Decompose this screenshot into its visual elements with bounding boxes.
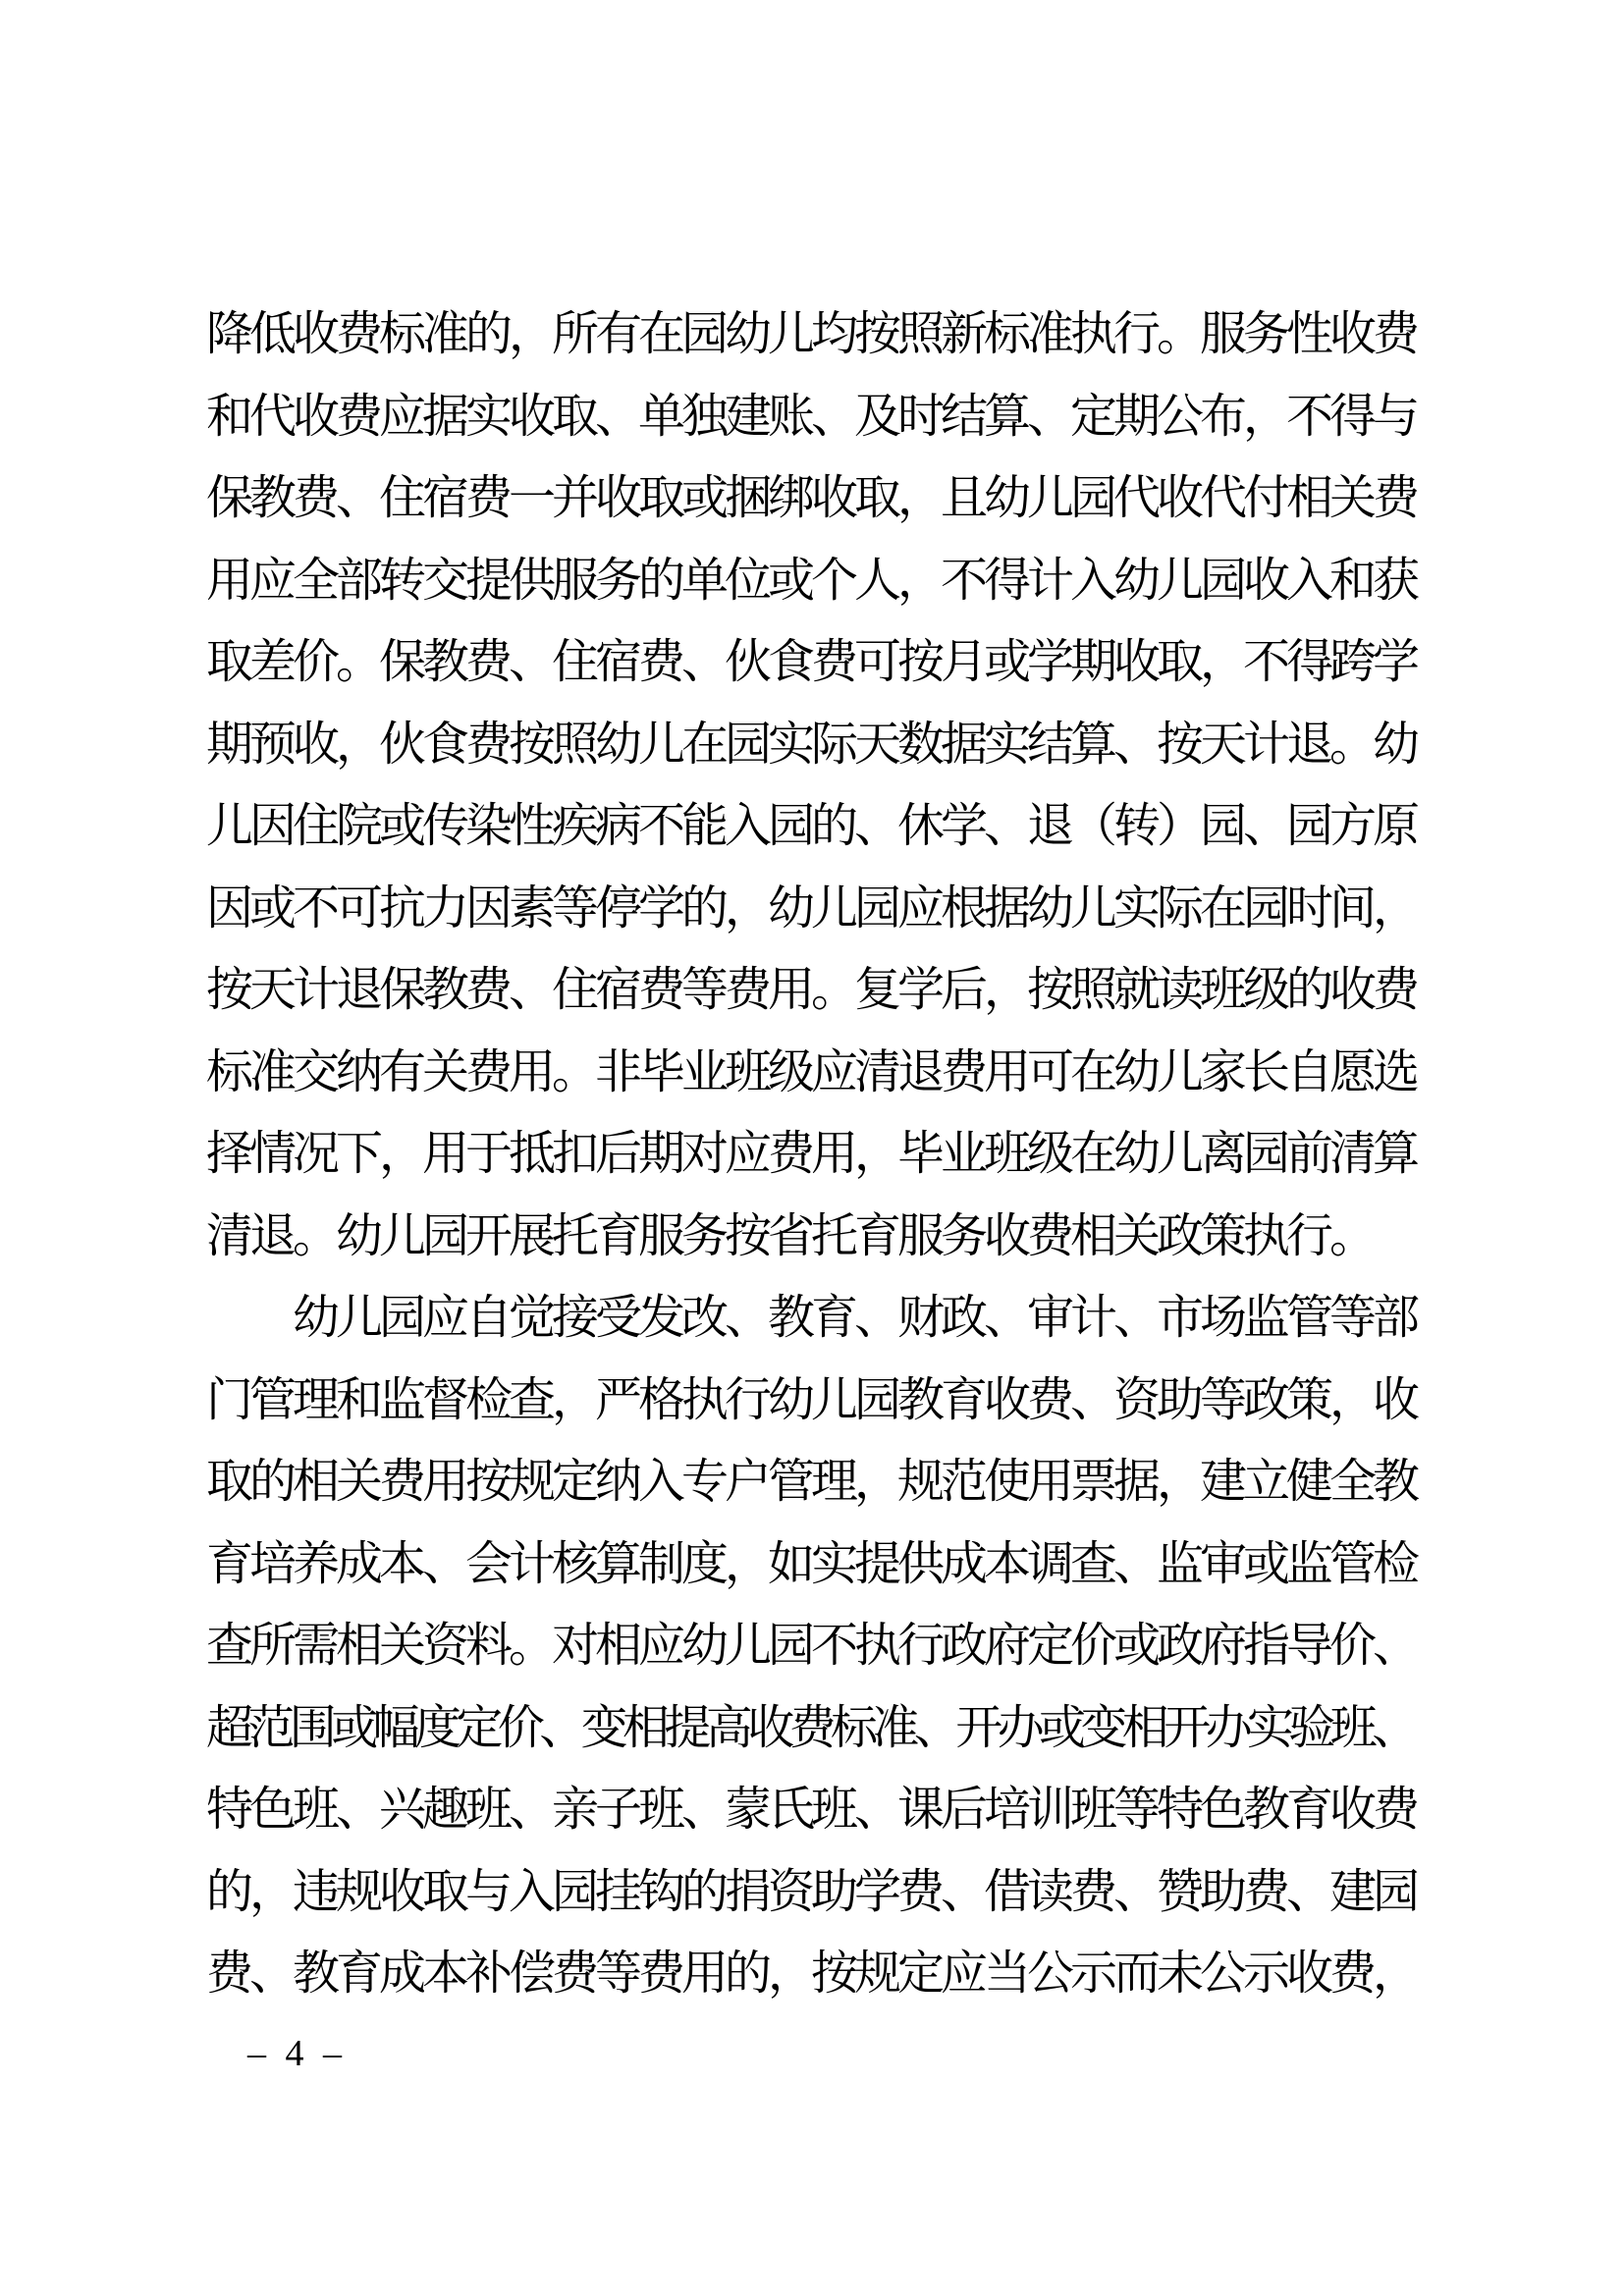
text-line: 因或不可抗力因素等停学的，幼儿园应根据幼儿实际在园时间， — [206, 868, 1424, 950]
text-line: 保教费、住宿费一并收取或捆绑收取，且幼儿园代收代付相关费 — [206, 457, 1424, 540]
text-line: 费、教育成本补偿费等费用的，按规定应当公示而未公示收费， — [206, 1933, 1424, 2015]
text-line: 择情况下，用于抵扣后期对应费用，毕业班级在幼儿离园前清算 — [206, 1113, 1424, 1196]
text-line: 降低收费标准的，所有在园幼儿均按照新标准执行。服务性收费 — [206, 294, 1424, 376]
text-line: 查所需相关资料。对相应幼儿园不执行政府定价或政府指导价、 — [206, 1605, 1424, 1687]
text-line: 超范围或幅度定价、变相提高收费标准、开办或变相开办实验班、 — [206, 1687, 1424, 1770]
text-line: 特色班、兴趣班、亲子班、蒙氏班、课后培训班等特色教育收费 — [206, 1769, 1424, 1851]
text-line: 取差价。保教费、住宿费、伙食费可按月或学期收取，不得跨学 — [206, 621, 1424, 704]
text-line: 育培养成本、会计核算制度，如实提供成本调查、监审或监管检 — [206, 1523, 1424, 1606]
text-line: 期预收，伙食费按照幼儿在园实际天数据实结算、按天计退。幼 — [206, 704, 1424, 786]
body-text-block: 降低收费标准的，所有在园幼儿均按照新标准执行。服务性收费 和代收费应据实收取、单… — [206, 294, 1424, 2015]
text-line: 和代收费应据实收取、单独建账、及时结算、定期公布，不得与 — [206, 376, 1424, 458]
text-line-paragraph-end: 清退。幼儿园开展托育服务按省托育服务收费相关政策执行。 — [206, 1196, 1424, 1278]
text-line: 儿因住院或传染性疾病不能入园的、休学、退（转）园、园方原 — [206, 785, 1424, 868]
text-line: 的，违规收取与入园挂钩的捐资助学费、借读费、赞助费、建园 — [206, 1851, 1424, 1934]
text-line-paragraph-start: 幼儿园应自觉接受发改、教育、财政、审计、市场监管等部 — [206, 1277, 1424, 1360]
text-line: 取的相关费用按规定纳入专户管理，规范使用票据，建立健全教 — [206, 1441, 1424, 1523]
document-page: 降低收费标准的，所有在园幼儿均按照新标准执行。服务性收费 和代收费应据实收取、单… — [0, 0, 1624, 2296]
text-line: 按天计退保教费、住宿费等费用。复学后，按照就读班级的收费 — [206, 949, 1424, 1032]
text-line: 标准交纳有关费用。非毕业班级应清退费用可在幼儿家长自愿选 — [206, 1032, 1424, 1114]
page-number: – 4 – — [247, 2024, 347, 2083]
text-line: 用应全部转交提供服务的单位或个人，不得计入幼儿园收入和获 — [206, 540, 1424, 622]
text-line: 门管理和监督检查，严格执行幼儿园教育收费、资助等政策，收 — [206, 1360, 1424, 1442]
